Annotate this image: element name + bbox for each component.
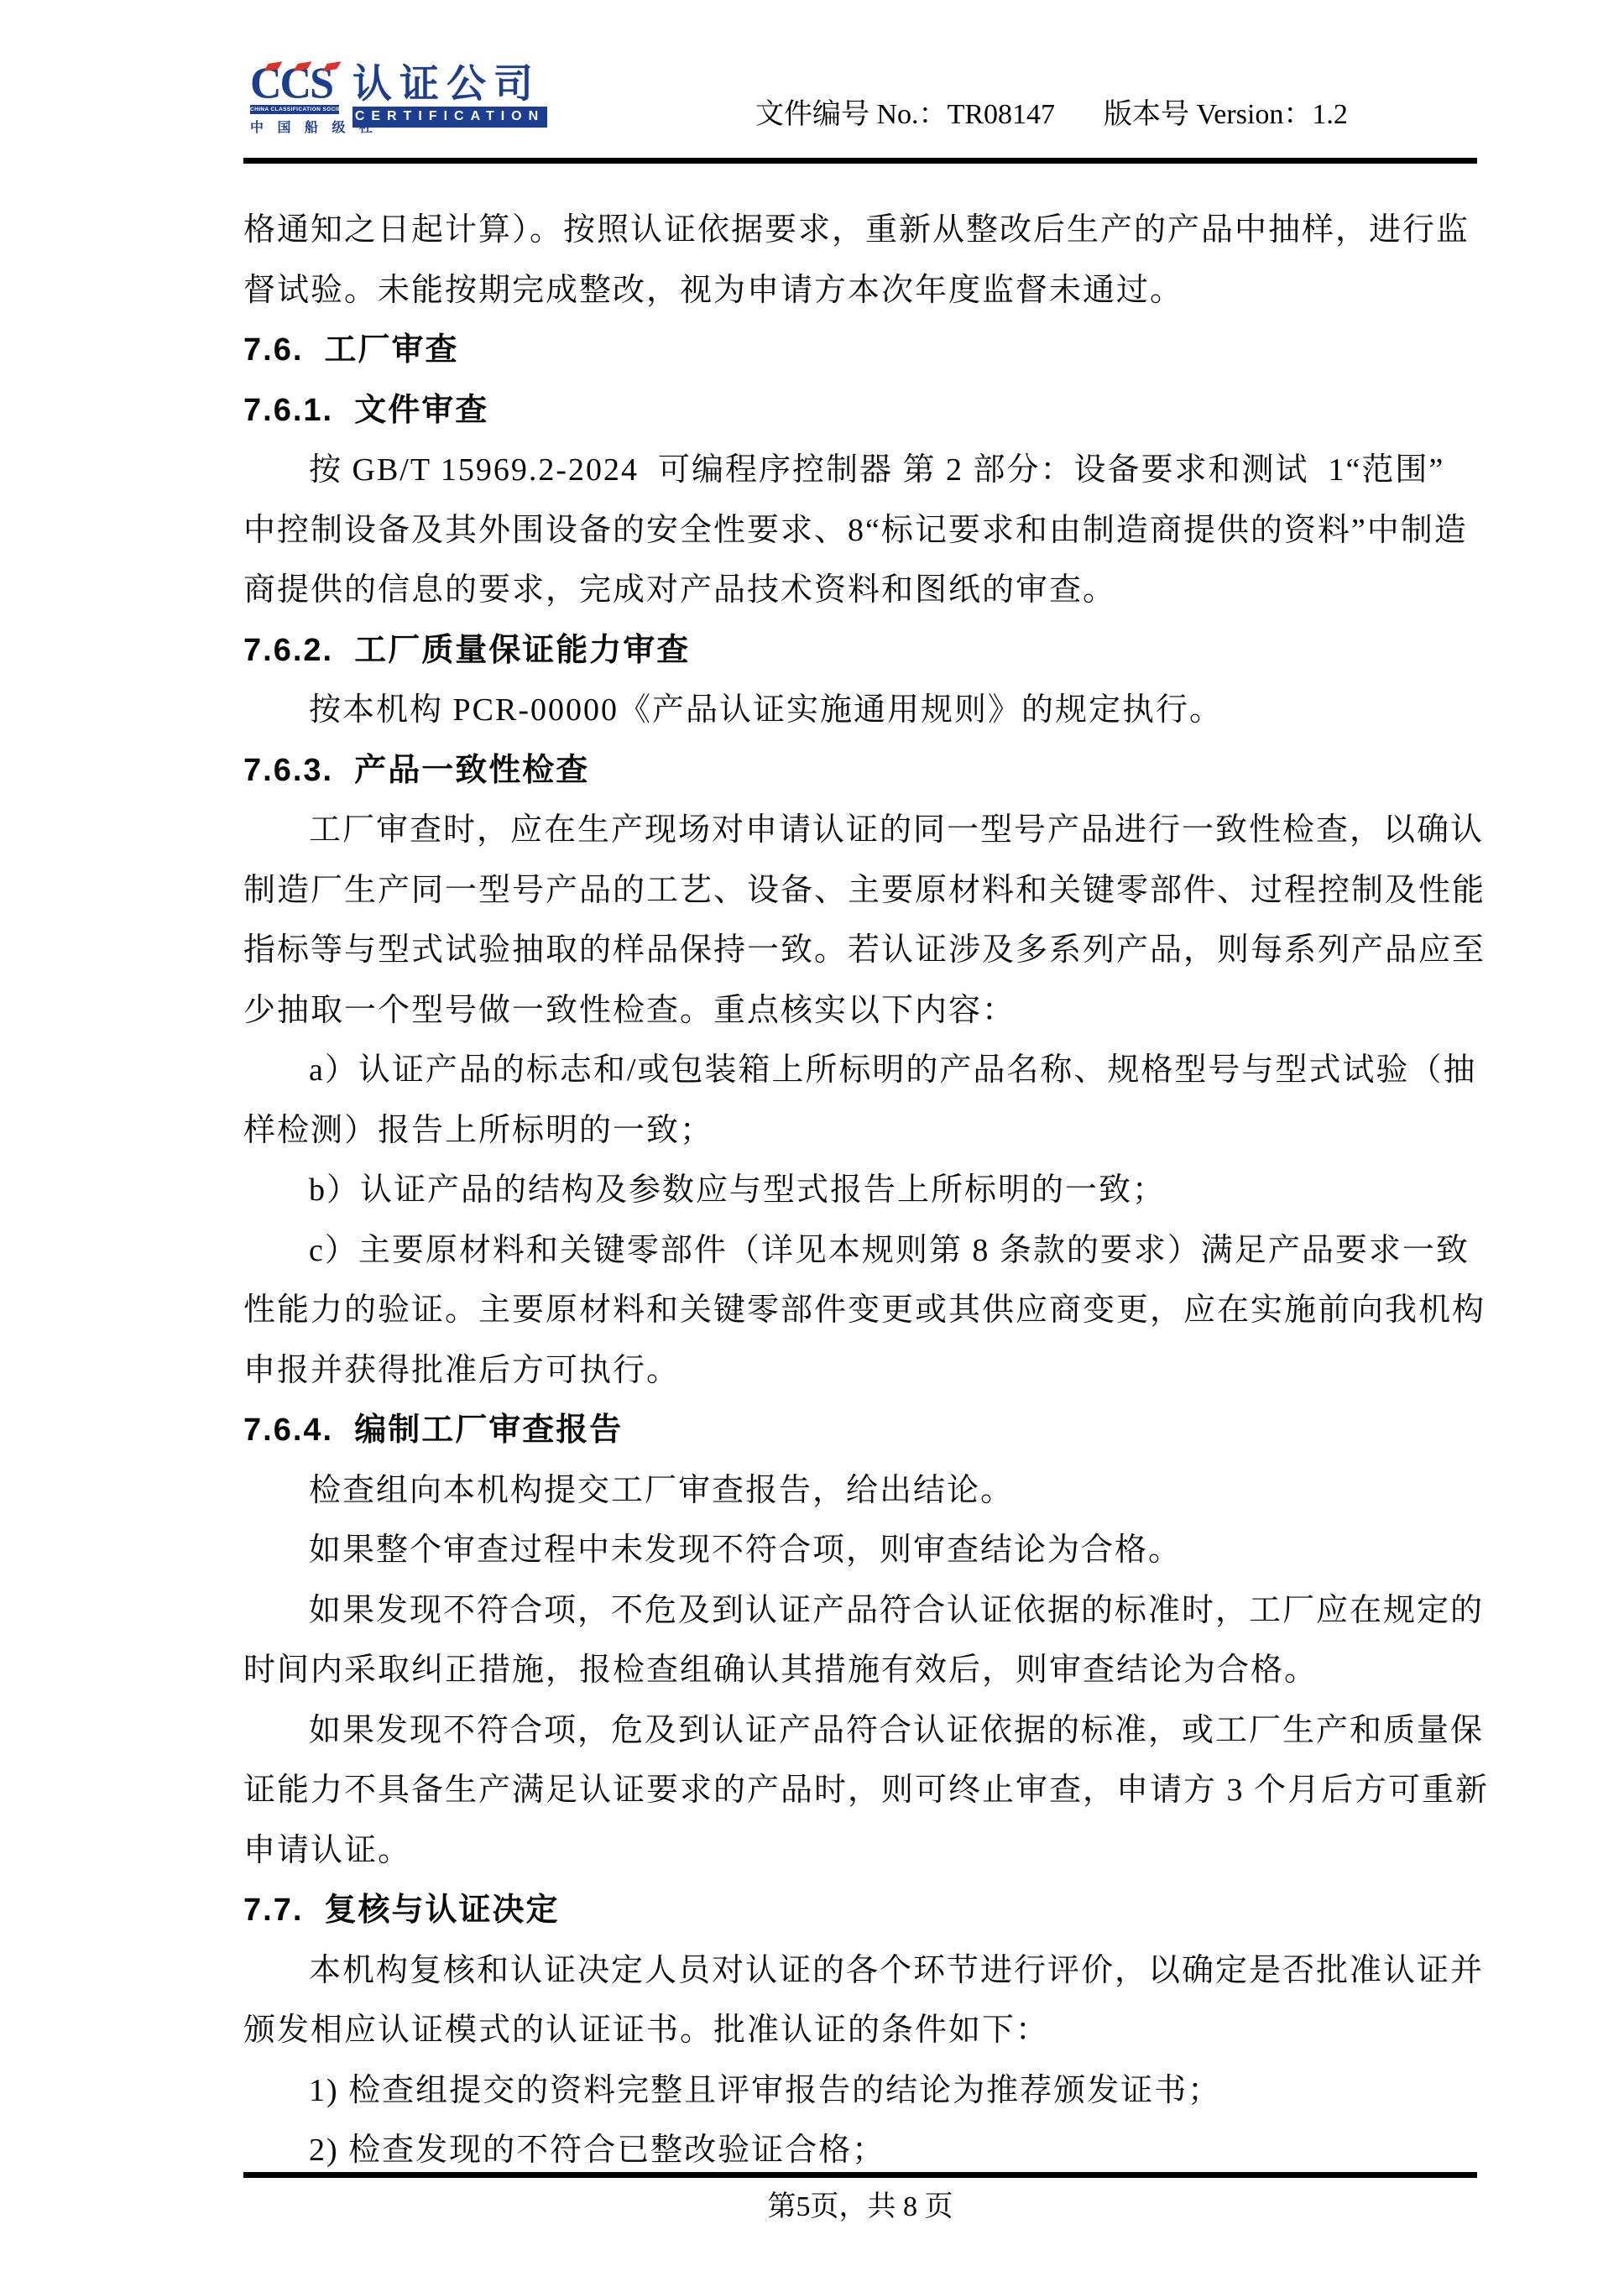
section-heading: 7.7. 复核与认证决定 <box>243 1881 1484 1941</box>
text-line: 商提供的信息的要求，完成对产品技术资料和图纸的审查。 <box>243 561 1484 621</box>
section-heading: 7.6.2. 工厂质量保证能力审查 <box>243 621 1484 681</box>
doc-number-value: TR08147 <box>948 99 1055 130</box>
ccs-logo-right: 认证公司 CERTIFICATION <box>352 65 547 128</box>
text-line: 时间内采取纠正措施，报检查组确认其措施有效后，则审查结论为合格。 <box>243 1641 1484 1701</box>
ccs-wordmark: CCS <box>250 65 339 103</box>
text-line: c）主要原材料和关键零部件（详见本规则第 8 条款的要求）满足产品要求一致 <box>243 1221 1484 1282</box>
text-line: 如果发现不符合项，危及到认证产品符合认证依据的标准，或工厂生产和质量保 <box>243 1701 1484 1762</box>
header-divider <box>243 158 1477 164</box>
text-line: 指标等与型式试验抽取的样品保持一致。若认证涉及多系列产品，则每系列产品应至 <box>243 921 1484 981</box>
section-heading: 7.6.1. 文件审查 <box>243 381 1484 441</box>
text-line: 少抽取一个型号做一致性检查。重点核实以下内容： <box>243 981 1484 1042</box>
text-line: 按 GB/T 15969.2-2024 可编程序控制器 第 2 部分：设备要求和… <box>243 441 1484 501</box>
section-heading: 7.6. 工厂审查 <box>243 321 1484 381</box>
text-line: 性能力的验证。主要原材料和关键零部件变更或其供应商变更，应在实施前向我机构 <box>243 1281 1484 1341</box>
society-name-cn: 中 国 船 级 社 <box>250 117 339 136</box>
body-lines: 格通知之日起计算）。按照认证依据要求，重新从整改后生产的产品中抽样，进行监督试验… <box>243 201 1484 2181</box>
version-value: 1.2 <box>1312 99 1348 130</box>
version-label: 版本号 Version： <box>1104 99 1312 130</box>
text-line: 申报并获得批准后方可执行。 <box>243 1341 1484 1402</box>
ccs-logo-left: CCS CHINA CLASSIFICATION SOCIETY 中 国 船 级… <box>250 65 339 136</box>
ccs-logo: CCS CHINA CLASSIFICATION SOCIETY 中 国 船 级… <box>250 65 547 136</box>
text-line: 证能力不具备生产满足认证要求的产品时，则可终止审查，申请方 3 个月后方可重新 <box>243 1761 1484 1821</box>
text-line: 检查组向本机构提交工厂审查报告，给出结论。 <box>243 1461 1484 1522</box>
text-line: 按本机构 PCR-00000《产品认证实施通用规则》的规定执行。 <box>243 681 1484 741</box>
footer-divider <box>243 2172 1477 2178</box>
text-line: 如果整个审查过程中未发现不符合项，则审查结论为合格。 <box>243 1521 1484 1581</box>
text-line: 工厂审查时，应在生产现场对申请认证的同一型号产品进行一致性检查，以确认 <box>243 801 1484 861</box>
page-number: 第5页，共 8 页 <box>243 2182 1477 2232</box>
text-line: 颁发相应认证模式的认证证书。批准认证的条件如下： <box>243 2001 1484 2061</box>
text-line: 申请认证。 <box>243 1821 1484 1882</box>
text-line: 制造厂生产同一型号产品的工艺、设备、主要原材料和关键零部件、过程控制及性能 <box>243 861 1484 922</box>
text-line: 中控制设备及其外围设备的安全性要求、8“标记要求和由制造商提供的资料”中制造 <box>243 501 1484 561</box>
text-line: 督试验。未能按期完成整改，视为申请方本次年度监督未通过。 <box>243 261 1484 321</box>
text-line: 样检测）报告上所标明的一致； <box>243 1101 1484 1162</box>
document-info: 文件编号 No.：TR08147版本号 Version：1.2 <box>755 91 1348 132</box>
company-name-cn: 认证公司 <box>352 65 547 102</box>
text-line: 本机构复核和认证决定人员对认证的各个环节进行评价，以确定是否批准认证并 <box>243 1941 1484 2002</box>
document-page: CCS CHINA CLASSIFICATION SOCIETY 中 国 船 级… <box>0 0 1624 2287</box>
section-heading: 7.6.3. 产品一致性检查 <box>243 741 1484 801</box>
section-heading: 7.6.4. 编制工厂审查报告 <box>243 1401 1484 1461</box>
text-line: 如果发现不符合项，不危及到认证产品符合认证依据的标准时，工厂应在规定的 <box>243 1581 1484 1642</box>
text-line: b）认证产品的结构及参数应与型式报告上所标明的一致； <box>243 1161 1484 1221</box>
doc-number-label: 文件编号 No.： <box>755 99 948 130</box>
text-line: 格通知之日起计算）。按照认证依据要求，重新从整改后生产的产品中抽样，进行监 <box>243 201 1484 261</box>
certification-bar: CERTIFICATION <box>352 107 547 128</box>
text-line: a）认证产品的标志和/或包装箱上所标明的产品名称、规格型号与型式试验（抽 <box>243 1041 1484 1101</box>
text-line: 1) 检查组提交的资料完整且评审报告的结论为推荐颁发证书； <box>243 2061 1484 2122</box>
